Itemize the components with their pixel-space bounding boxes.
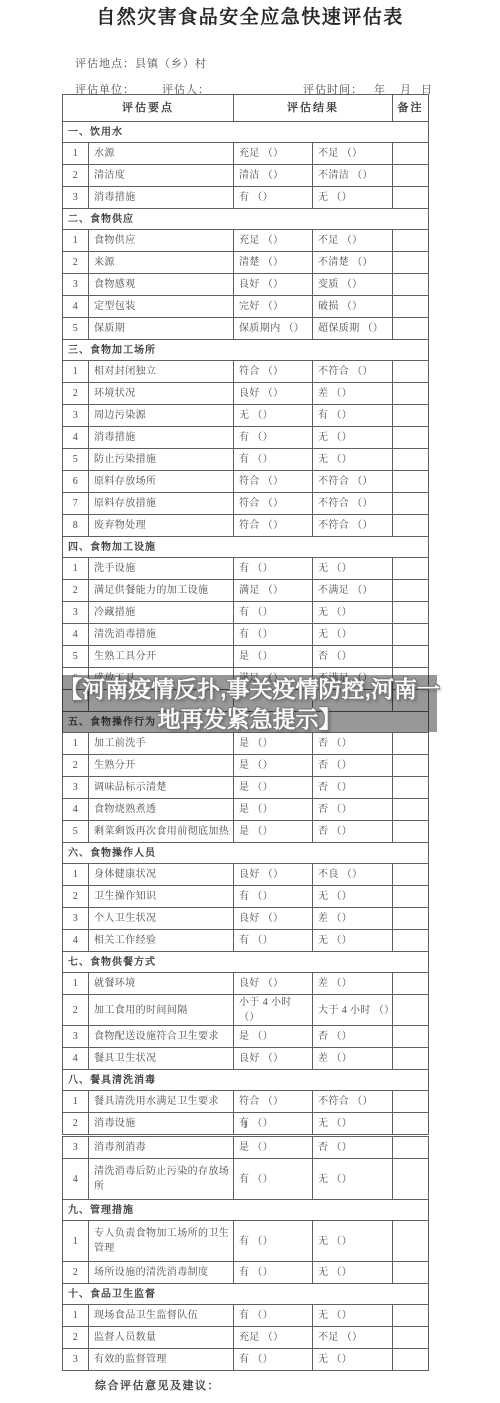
- table-row: 4食物烧熟煮透是 （）否 （）: [63, 799, 429, 821]
- row-remark: [393, 427, 429, 449]
- row-option-2: 无 （）: [313, 187, 393, 209]
- row-option-1: 有 （）: [234, 624, 313, 646]
- section-title: 九、管理措施: [63, 1200, 429, 1221]
- row-remark: [393, 864, 429, 886]
- table-row: 1专人负责食物加工场所的卫生管理有 （）无 （）: [63, 1221, 429, 1262]
- row-number: 3: [63, 908, 89, 930]
- assessment-table-page1: 评估要点评估结果备注一、饮用水1水源充足 （）不足 （）2清洁度清洁 （）不清洁…: [62, 94, 429, 1135]
- row-option-2: 无 （）: [313, 1159, 393, 1200]
- row-item: 消毒措施: [89, 427, 234, 449]
- row-number: 2: [63, 1327, 89, 1349]
- row-option-2: 否 （）: [313, 799, 393, 821]
- row-remark: [393, 930, 429, 952]
- row-item: 消毒剂消毒: [89, 1137, 234, 1159]
- row-item: 食物烧熟煮透: [89, 799, 234, 821]
- row-remark: [393, 1137, 429, 1159]
- row-remark: [393, 733, 429, 755]
- row-option-2: 大于 4 小时 （）: [313, 995, 393, 1026]
- row-remark: [393, 1048, 429, 1070]
- table-row: 2监督人员数量充足 （）不足 （）: [63, 1327, 429, 1349]
- row-option-2: 无 （）: [313, 427, 393, 449]
- table-row: 1就餐环境良好 （）差 （）: [63, 973, 429, 995]
- row-option-2: 不清楚 （）: [313, 252, 393, 274]
- row-option-2: 差 （）: [313, 383, 393, 405]
- row-option-2: 不符合 （）: [313, 1091, 393, 1113]
- row-remark: [393, 165, 429, 187]
- row-option-1: 符合 （）: [234, 361, 313, 383]
- row-remark: [393, 471, 429, 493]
- row-option-1: 符合 （）: [234, 493, 313, 515]
- row-option-1: 是 （）: [234, 646, 313, 668]
- row-option-1: 无 （）: [234, 405, 313, 427]
- row-option-1: 有 （）: [234, 1262, 313, 1284]
- row-remark: [393, 1349, 429, 1371]
- row-remark: [393, 995, 429, 1026]
- row-remark: [393, 799, 429, 821]
- row-remark: [393, 1305, 429, 1327]
- row-remark: [393, 624, 429, 646]
- row-option-2: 变质 （）: [313, 274, 393, 296]
- row-option-1: 是 （）: [234, 799, 313, 821]
- row-option-1: 有 （）: [234, 449, 313, 471]
- row-item: 就餐环境: [89, 973, 234, 995]
- row-number: 4: [63, 799, 89, 821]
- page-number: 1: [62, 1120, 428, 1131]
- table-row: 3消毒剂消毒是 （）否 （）: [63, 1137, 429, 1159]
- row-option-2: 超保质期 （）: [313, 318, 393, 340]
- row-item: 食物供应: [89, 230, 234, 252]
- table-row: 3消毒措施有 （）无 （）: [63, 187, 429, 209]
- row-item: 冷藏措施: [89, 602, 234, 624]
- row-number: 3: [63, 1026, 89, 1048]
- row-option-2: 无 （）: [313, 1262, 393, 1284]
- row-number: 5: [63, 646, 89, 668]
- row-number: 1: [63, 558, 89, 580]
- row-number: 6: [63, 471, 89, 493]
- row-item: 食物配送设施符合卫生要求: [89, 1026, 234, 1048]
- row-remark: [393, 973, 429, 995]
- header-remark: 备注: [393, 95, 429, 122]
- row-option-1: 清楚 （）: [234, 252, 313, 274]
- row-remark: [393, 230, 429, 252]
- row-option-2: 否 （）: [313, 821, 393, 843]
- video-caption-overlay: 【河南疫情反扑,事关疫情防控,河南一 地再发紧急提示】: [62, 675, 437, 732]
- row-item: 卫生操作知识: [89, 886, 234, 908]
- table-row: 1食物供应充足 （）不足 （）: [63, 230, 429, 252]
- row-remark: [393, 1159, 429, 1200]
- section-header-row: 二、食物供应: [63, 209, 429, 230]
- row-remark: [393, 274, 429, 296]
- row-option-2: 有 （）: [313, 405, 393, 427]
- row-option-2: 否 （）: [313, 1026, 393, 1048]
- row-option-1: 有 （）: [234, 930, 313, 952]
- row-option-1: 良好 （）: [234, 1048, 313, 1070]
- section-title: 八、餐具清洗消毒: [63, 1070, 429, 1091]
- table-row: 5剩菜剩饭再次食用前彻底加热是 （）否 （）: [63, 821, 429, 843]
- table-row: 2环境状况良好 （）差 （）: [63, 383, 429, 405]
- table-row: 2清洁度清洁 （）不清洁 （）: [63, 165, 429, 187]
- row-option-2: 破损 （）: [313, 296, 393, 318]
- row-number: 4: [63, 624, 89, 646]
- row-option-1: 完好 （）: [234, 296, 313, 318]
- section-title: 二、食物供应: [63, 209, 429, 230]
- row-option-1: 良好 （）: [234, 864, 313, 886]
- row-number: 5: [63, 449, 89, 471]
- row-option-1: 有 （）: [234, 1349, 313, 1371]
- row-item: 餐具卫生状况: [89, 1048, 234, 1070]
- row-number: 4: [63, 930, 89, 952]
- row-remark: [393, 493, 429, 515]
- table-row: 5防止污染措施有 （）无 （）: [63, 449, 429, 471]
- row-item: 餐具清洗用水满足卫生要求: [89, 1091, 234, 1113]
- section-header-row: 六、食物操作人员: [63, 843, 429, 864]
- table-row: 3周边污染源无 （）有 （）: [63, 405, 429, 427]
- row-option-1: 良好 （）: [234, 383, 313, 405]
- row-item: 监督人员数量: [89, 1327, 234, 1349]
- table-row: 1身体健康状况良好 （）不良 （）: [63, 864, 429, 886]
- section-header-row: 一、饮用水: [63, 122, 429, 143]
- section-title: 十、食品卫生监督: [63, 1284, 429, 1305]
- row-option-2: 否 （）: [313, 1137, 393, 1159]
- table-row: 3食物感观良好 （）变质 （）: [63, 274, 429, 296]
- row-option-1: 是 （）: [234, 755, 313, 777]
- row-option-1: 有 （）: [234, 602, 313, 624]
- row-remark: [393, 405, 429, 427]
- row-item: 现场食品卫生监督队伍: [89, 1305, 234, 1327]
- row-item: 防止污染措施: [89, 449, 234, 471]
- row-number: 1: [63, 230, 89, 252]
- table-row: 1餐具清洗用水满足卫生要求符合 （）不符合 （）: [63, 1091, 429, 1113]
- row-item: 食物感观: [89, 274, 234, 296]
- row-item: 清洗消毒后防止污染的存放场所: [89, 1159, 234, 1200]
- row-option-1: 有 （）: [234, 886, 313, 908]
- row-option-2: 无 （）: [313, 558, 393, 580]
- row-remark: [393, 1091, 429, 1113]
- caption-text: 【河南疫情反扑,事关疫情防控,河南一 地再发紧急提示】: [50, 674, 449, 734]
- row-option-2: 无 （）: [313, 1305, 393, 1327]
- table-row: 1水源充足 （）不足 （）: [63, 143, 429, 165]
- row-remark: [393, 515, 429, 537]
- row-option-1: 是 （）: [234, 733, 313, 755]
- row-number: 2: [63, 252, 89, 274]
- table-row: 1现场食品卫生监督队伍有 （）无 （）: [63, 1305, 429, 1327]
- row-item: 定型包装: [89, 296, 234, 318]
- table-row: 4清洗消毒措施有 （）无 （）: [63, 624, 429, 646]
- row-option-1: 充足 （）: [234, 143, 313, 165]
- row-item: 环境状况: [89, 383, 234, 405]
- row-number: 4: [63, 1159, 89, 1200]
- row-remark: [393, 252, 429, 274]
- row-option-1: 是 （）: [234, 777, 313, 799]
- row-item: 相对封闭独立: [89, 361, 234, 383]
- row-number: 1: [63, 1091, 89, 1113]
- row-option-2: 不清洁 （）: [313, 165, 393, 187]
- row-number: 3: [63, 274, 89, 296]
- table-row: 3食物配送设施符合卫生要求是 （）否 （）: [63, 1026, 429, 1048]
- header-point: 评估要点: [63, 95, 234, 122]
- row-number: 1: [63, 864, 89, 886]
- row-option-1: 符合 （）: [234, 471, 313, 493]
- row-remark: [393, 449, 429, 471]
- row-item: 相关工作经验: [89, 930, 234, 952]
- row-remark: [393, 602, 429, 624]
- row-item: 来源: [89, 252, 234, 274]
- row-number: 1: [63, 361, 89, 383]
- row-number: 3: [63, 777, 89, 799]
- row-remark: [393, 646, 429, 668]
- row-option-2: 差 （）: [313, 1048, 393, 1070]
- row-option-1: 有 （）: [234, 1159, 313, 1200]
- row-number: 8: [63, 515, 89, 537]
- row-option-2: 否 （）: [313, 777, 393, 799]
- row-remark: [393, 777, 429, 799]
- table-row: 2场所设施的清洗消毒制度有 （）无 （）: [63, 1262, 429, 1284]
- row-option-1: 有 （）: [234, 558, 313, 580]
- row-number: 3: [63, 1137, 89, 1159]
- form-title: 自然灾害食品安全应急快速评估表: [0, 2, 500, 29]
- section-header-row: 九、管理措施: [63, 1200, 429, 1221]
- row-remark: [393, 908, 429, 930]
- row-item: 清洁度: [89, 165, 234, 187]
- row-number: 4: [63, 427, 89, 449]
- row-remark: [393, 383, 429, 405]
- row-number: 3: [63, 405, 89, 427]
- table-row: 2来源清楚 （）不清楚 （）: [63, 252, 429, 274]
- row-item: 加工前洗手: [89, 733, 234, 755]
- section-title: 一、饮用水: [63, 122, 429, 143]
- row-item: 场所设施的清洗消毒制度: [89, 1262, 234, 1284]
- table-row: 3有效的监督管理有 （）无 （）: [63, 1349, 429, 1371]
- row-option-1: 是 （）: [234, 1026, 313, 1048]
- row-option-2: 不足 （）: [313, 1327, 393, 1349]
- row-number: 2: [63, 580, 89, 602]
- row-item: 原料存放场所: [89, 471, 234, 493]
- row-option-1: 保质期内 （）: [234, 318, 313, 340]
- row-option-2: 无 （）: [313, 602, 393, 624]
- row-remark: [393, 143, 429, 165]
- row-option-2: 无 （）: [313, 624, 393, 646]
- summary-suggestion-label: 综合评估意见及建议：: [95, 1377, 220, 1393]
- table-row: 3个人卫生状况良好 （）差 （）: [63, 908, 429, 930]
- row-number: 3: [63, 602, 89, 624]
- row-number: 2: [63, 1262, 89, 1284]
- row-option-2: 不良 （）: [313, 864, 393, 886]
- row-item: 周边污染源: [89, 405, 234, 427]
- row-item: 专人负责食物加工场所的卫生管理: [89, 1221, 234, 1262]
- row-option-1: 有 （）: [234, 427, 313, 449]
- row-option-1: 有 （）: [234, 1305, 313, 1327]
- section-title: 六、食物操作人员: [63, 843, 429, 864]
- table-row: 5保质期保质期内 （）超保质期 （）: [63, 318, 429, 340]
- row-item: 加工食用的时间间隔: [89, 995, 234, 1026]
- row-option-2: 无 （）: [313, 886, 393, 908]
- row-option-2: 无 （）: [313, 930, 393, 952]
- row-number: 1: [63, 973, 89, 995]
- table-row: 1相对封闭独立符合 （）不符合 （）: [63, 361, 429, 383]
- row-remark: [393, 886, 429, 908]
- section-title: 三、食物加工场所: [63, 340, 429, 361]
- row-item: 有效的监督管理: [89, 1349, 234, 1371]
- row-option-2: 不符合 （）: [313, 471, 393, 493]
- section-header-row: 七、食物供餐方式: [63, 952, 429, 973]
- row-number: 2: [63, 165, 89, 187]
- row-item: 洗手设施: [89, 558, 234, 580]
- table-row: 4消毒措施有 （）无 （）: [63, 427, 429, 449]
- row-number: 2: [63, 886, 89, 908]
- row-number: 4: [63, 1048, 89, 1070]
- row-item: 身体健康状况: [89, 864, 234, 886]
- row-remark: [393, 318, 429, 340]
- section-title: 四、食物加工设施: [63, 537, 429, 558]
- row-remark: [393, 821, 429, 843]
- meta-location-label: 评估地点：县镇（乡）村: [75, 55, 207, 71]
- row-number: 1: [63, 733, 89, 755]
- row-number: 4: [63, 296, 89, 318]
- table-row: 1加工前洗手是 （）否 （）: [63, 733, 429, 755]
- row-option-1: 符合 （）: [234, 1091, 313, 1113]
- section-header-row: 十、食品卫生监督: [63, 1284, 429, 1305]
- row-remark: [393, 1026, 429, 1048]
- row-item: 剩菜剩饭再次食用前彻底加热: [89, 821, 234, 843]
- row-number: 2: [63, 383, 89, 405]
- caption-line-2: 地再发紧急提示】: [50, 704, 449, 734]
- table-row: 7原料存放措施符合 （）不符合 （）: [63, 493, 429, 515]
- row-option-1: 有 （）: [234, 1221, 313, 1262]
- table-row: 3冷藏措施有 （）无 （）: [63, 602, 429, 624]
- row-option-1: 有 （）: [234, 187, 313, 209]
- row-number: 5: [63, 318, 89, 340]
- table-row: 5生熟工具分开是 （）否 （）: [63, 646, 429, 668]
- row-item: 水源: [89, 143, 234, 165]
- row-item: 满足供餐能力的加工设施: [89, 580, 234, 602]
- table-row: 2卫生操作知识有 （）无 （）: [63, 886, 429, 908]
- row-option-1: 充足 （）: [234, 230, 313, 252]
- row-item: 保质期: [89, 318, 234, 340]
- row-item: 个人卫生状况: [89, 908, 234, 930]
- section-title: 七、食物供餐方式: [63, 952, 429, 973]
- row-number: 1: [63, 1221, 89, 1262]
- section-header-row: 四、食物加工设施: [63, 537, 429, 558]
- row-item: 废弃物处理: [89, 515, 234, 537]
- row-option-2: 不符合 （）: [313, 515, 393, 537]
- row-option-1: 是 （）: [234, 1137, 313, 1159]
- assessment-table-page2: 3消毒剂消毒是 （）否 （）4清洗消毒后防止污染的存放场所有 （）无 （）九、管…: [62, 1136, 429, 1371]
- row-option-2: 否 （）: [313, 646, 393, 668]
- row-option-2: 不足 （）: [313, 143, 393, 165]
- row-option-1: 符合 （）: [234, 515, 313, 537]
- row-option-1: 清洁 （）: [234, 165, 313, 187]
- row-item: 生熟分开: [89, 755, 234, 777]
- row-option-2: 无 （）: [313, 449, 393, 471]
- row-remark: [393, 1327, 429, 1349]
- row-option-2: 否 （）: [313, 733, 393, 755]
- table-row: 4定型包装完好 （）破损 （）: [63, 296, 429, 318]
- row-option-1: 充足 （）: [234, 1327, 313, 1349]
- row-remark: [393, 755, 429, 777]
- row-number: 1: [63, 143, 89, 165]
- section-header-row: 八、餐具清洗消毒: [63, 1070, 429, 1091]
- header-result: 评估结果: [234, 95, 393, 122]
- row-remark: [393, 558, 429, 580]
- table-row: 2满足供餐能力的加工设施满足 （）不满足 （）: [63, 580, 429, 602]
- row-option-2: 差 （）: [313, 973, 393, 995]
- table-row: 4相关工作经验有 （）无 （）: [63, 930, 429, 952]
- row-option-1: 是 （）: [234, 821, 313, 843]
- row-option-1: 良好 （）: [234, 973, 313, 995]
- row-option-2: 不符合 （）: [313, 361, 393, 383]
- table-row: 4餐具卫生状况良好 （）差 （）: [63, 1048, 429, 1070]
- row-number: 3: [63, 187, 89, 209]
- row-item: 原料存放措施: [89, 493, 234, 515]
- row-option-2: 无 （）: [313, 1349, 393, 1371]
- row-number: 3: [63, 1349, 89, 1371]
- row-remark: [393, 1262, 429, 1284]
- section-header-row: 三、食物加工场所: [63, 340, 429, 361]
- table-row: 1洗手设施有 （）无 （）: [63, 558, 429, 580]
- table-row: 2加工食用的时间间隔小于 4 小时 （）大于 4 小时 （）: [63, 995, 429, 1026]
- table-row: 4清洗消毒后防止污染的存放场所有 （）无 （）: [63, 1159, 429, 1200]
- row-option-1: 小于 4 小时 （）: [234, 995, 313, 1026]
- table-row: 6原料存放场所符合 （）不符合 （）: [63, 471, 429, 493]
- row-number: 2: [63, 755, 89, 777]
- row-number: 1: [63, 1305, 89, 1327]
- table-row: 2生熟分开是 （）否 （）: [63, 755, 429, 777]
- row-option-2: 差 （）: [313, 908, 393, 930]
- row-option-2: 不满足 （）: [313, 580, 393, 602]
- table-row: 3调味品标示清楚是 （）否 （）: [63, 777, 429, 799]
- row-remark: [393, 361, 429, 383]
- row-remark: [393, 187, 429, 209]
- table-row: 8废弃物处理符合 （）不符合 （）: [63, 515, 429, 537]
- row-option-2: 不符合 （）: [313, 493, 393, 515]
- row-option-2: 无 （）: [313, 1221, 393, 1262]
- row-option-2: 不足 （）: [313, 230, 393, 252]
- caption-line-1: 【河南疫情反扑,事关疫情防控,河南一: [50, 674, 449, 704]
- row-remark: [393, 296, 429, 318]
- row-remark: [393, 580, 429, 602]
- row-number: 2: [63, 995, 89, 1026]
- row-item: 清洗消毒措施: [89, 624, 234, 646]
- table-header-row: 评估要点评估结果备注: [63, 95, 429, 122]
- row-number: 7: [63, 493, 89, 515]
- row-option-1: 良好 （）: [234, 908, 313, 930]
- row-remark: [393, 1221, 429, 1262]
- row-option-2: 否 （）: [313, 755, 393, 777]
- row-number: 5: [63, 821, 89, 843]
- row-item: 生熟工具分开: [89, 646, 234, 668]
- row-option-1: 良好 （）: [234, 274, 313, 296]
- row-item: 消毒措施: [89, 187, 234, 209]
- row-option-1: 满足 （）: [234, 580, 313, 602]
- row-item: 调味品标示清楚: [89, 777, 234, 799]
